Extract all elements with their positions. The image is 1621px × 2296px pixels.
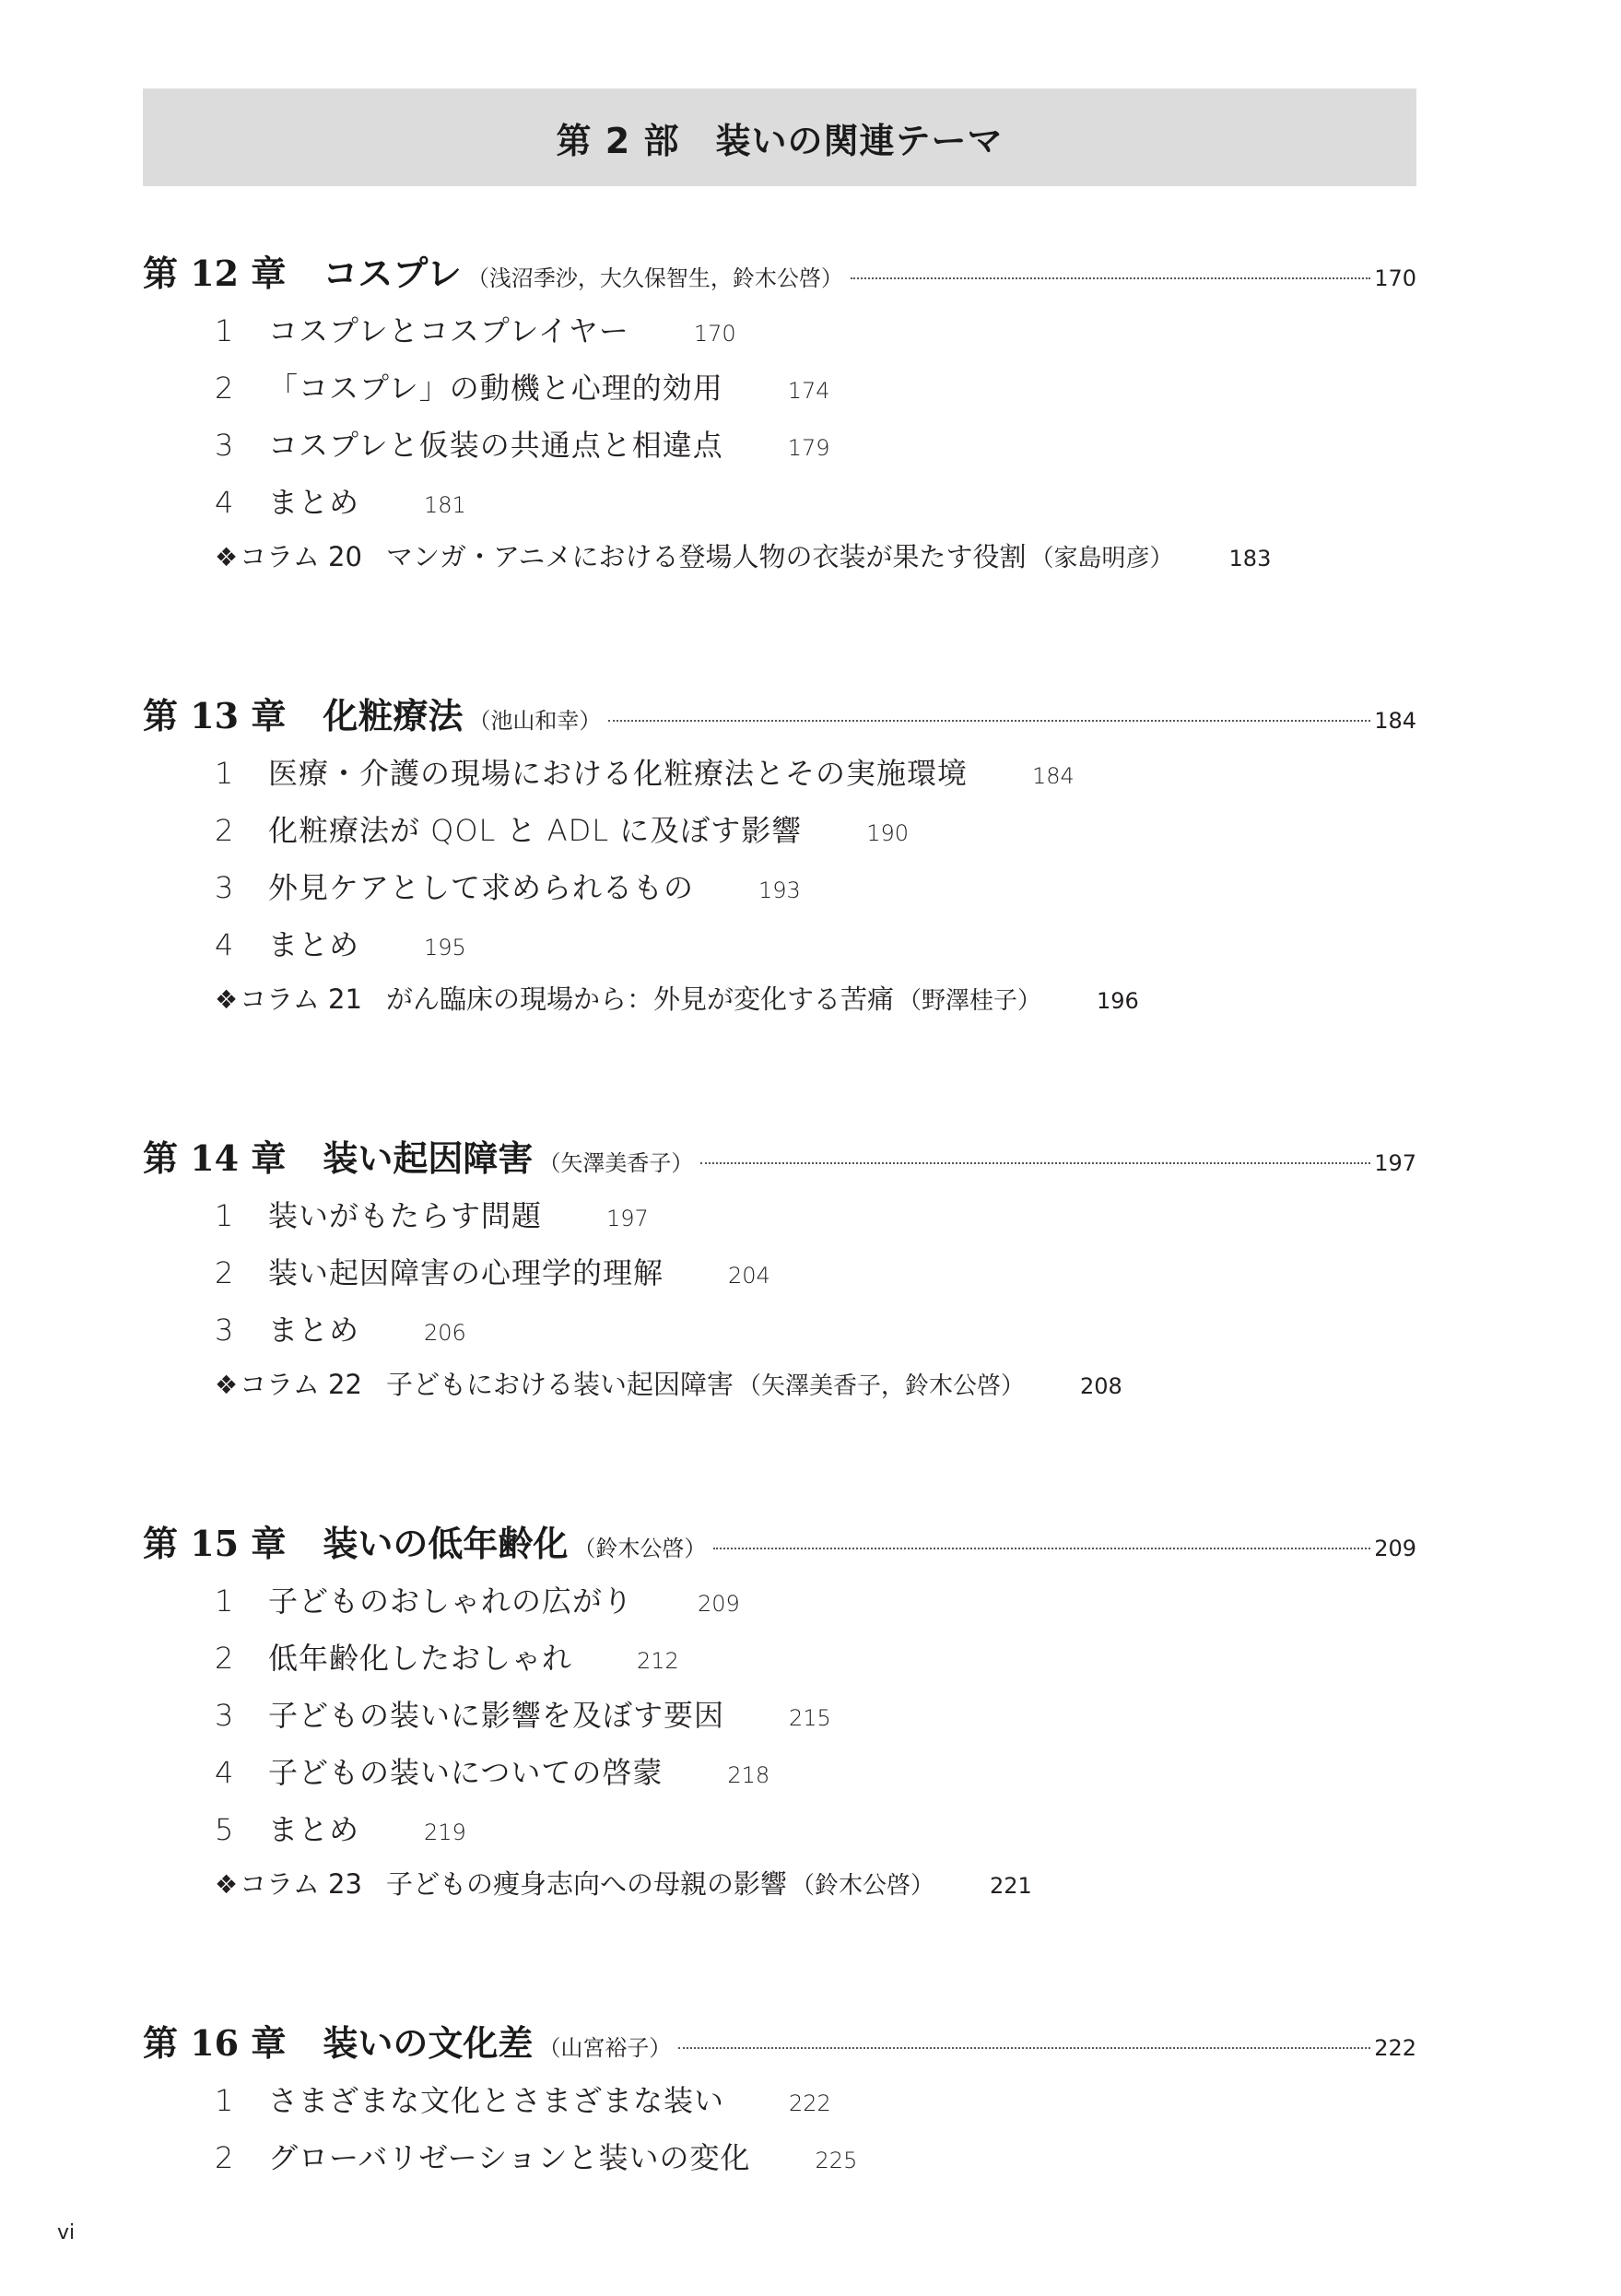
- column-item[interactable]: ❖ コラム 22 子どもにおける装い起因障害 （矢澤美香子，鈴木公啓） 208: [215, 1364, 1416, 1419]
- part-title: 第 2 部 装いの関連テーマ: [557, 112, 1004, 163]
- column-page: 208: [1080, 1373, 1122, 1399]
- section-number: 1: [215, 313, 268, 348]
- chapter-title: 装い起因障害: [323, 1130, 533, 1181]
- part-header: 第 2 部 装いの関連テーマ: [143, 88, 1416, 186]
- column-item[interactable]: ❖ コラム 23 子どもの痩身志向への母親の影響 （鈴木公啓） 221: [215, 1864, 1416, 1919]
- section-item[interactable]: 2 低年齢化したおしゃれ 212: [215, 1635, 1416, 1692]
- section-number: 2: [215, 1641, 268, 1676]
- column-label: コラム 22: [240, 1364, 362, 1402]
- section-item[interactable]: 1 医療・介護の現場における化粧療法とその実施環境 184: [215, 750, 1416, 807]
- dot-leader: [713, 1548, 1370, 1549]
- section-item[interactable]: 2 装い起因障害の心理学的理解 204: [215, 1250, 1416, 1307]
- column-page: 221: [990, 1873, 1032, 1899]
- section-item[interactable]: 3 外見ケアとして求められるもの 193: [215, 865, 1416, 922]
- section-page: 206: [424, 1320, 466, 1346]
- section-page: 170: [694, 321, 736, 347]
- section-page: 219: [424, 1819, 466, 1845]
- column-title: 子どもにおける装い起因障害: [386, 1364, 734, 1402]
- column-label: コラム 21: [240, 979, 362, 1017]
- chapter-16: 第 16 章 装いの文化差 （山宮裕子） 222 1 さまざまな文化とさまざまな…: [143, 2015, 1416, 2192]
- section-number: 1: [215, 756, 268, 791]
- section-list: 1 装いがもたらす問題 197 2 装い起因障害の心理学的理解 204 3 まと…: [143, 1193, 1416, 1419]
- section-item[interactable]: 3 コスプレと仮装の共通点と相違点 179: [215, 422, 1416, 479]
- section-title: 装いがもたらす問題: [268, 1193, 542, 1235]
- chapter-13: 第 13 章 化粧療法 （池山和幸） 184 1 医療・介護の現場における化粧療…: [143, 688, 1416, 1034]
- column-title: マンガ・アニメにおける登場人物の衣装が果たす役割: [386, 536, 1027, 574]
- section-number: 1: [215, 1584, 268, 1619]
- chapter-number: 第 12 章: [143, 245, 286, 296]
- section-title: コスプレとコスプレイヤー: [268, 308, 629, 350]
- section-page: 212: [637, 1648, 679, 1674]
- column-authors: （野澤桂子）: [898, 982, 1041, 1016]
- column-mark-icon: ❖: [215, 1869, 238, 1900]
- section-item[interactable]: 3 子どもの装いに影響を及ぼす要因 215: [215, 1692, 1416, 1749]
- chapter-heading[interactable]: 第 16 章 装いの文化差 （山宮裕子） 222: [143, 2015, 1416, 2070]
- section-number: 2: [215, 371, 268, 406]
- chapter-page: 222: [1374, 2035, 1416, 2061]
- chapter-number: 第 15 章: [143, 1515, 286, 1566]
- chapter-authors: （矢澤美香子）: [538, 1145, 693, 1177]
- chapter-authors: （池山和幸）: [468, 702, 601, 735]
- column-authors: （家島明彦）: [1030, 539, 1174, 573]
- section-page: 190: [866, 820, 909, 846]
- column-item[interactable]: ❖ コラム 20 マンガ・アニメにおける登場人物の衣装が果たす役割 （家島明彦）…: [215, 536, 1416, 592]
- section-list: 1 医療・介護の現場における化粧療法とその実施環境 184 2 化粧療法が QO…: [143, 750, 1416, 1034]
- column-authors: （矢澤美香子，鈴木公啓）: [737, 1367, 1025, 1401]
- page-number: vi: [57, 2221, 75, 2244]
- chapter-page: 209: [1374, 1536, 1416, 1561]
- chapter-number: 第 14 章: [143, 1130, 286, 1181]
- section-page: 197: [606, 1206, 649, 1231]
- dot-leader: [608, 720, 1370, 722]
- section-title: 低年齢化したおしゃれ: [268, 1635, 572, 1678]
- column-page: 183: [1229, 546, 1272, 571]
- section-number: 4: [215, 927, 268, 962]
- section-title: さまざまな文化とさまざまな装い: [268, 2078, 724, 2120]
- column-title: がん臨床の現場から：外見が変化する苦痛: [386, 979, 894, 1017]
- section-title: 子どもの装いについての啓蒙: [268, 1749, 663, 1792]
- chapter-12: 第 12 章 コスプレ （浅沼季沙，大久保智生，鈴木公啓） 170 1 コスプレ…: [143, 245, 1416, 592]
- section-list: 1 さまざまな文化とさまざまな装い 222 2 グローバリゼーションと装いの変化…: [143, 2078, 1416, 2192]
- column-label: コラム 23: [240, 1864, 362, 1902]
- section-number: 2: [215, 1255, 268, 1290]
- section-item[interactable]: 2 「コスプレ」の動機と心理的効用 174: [215, 365, 1416, 422]
- section-title: 「コスプレ」の動機と心理的効用: [268, 365, 723, 407]
- section-item[interactable]: 4 まとめ 195: [215, 922, 1416, 979]
- chapter-heading[interactable]: 第 13 章 化粧療法 （池山和幸） 184: [143, 688, 1416, 743]
- chapter-page: 170: [1374, 265, 1416, 291]
- dot-leader: [678, 2047, 1370, 2049]
- chapter-heading[interactable]: 第 15 章 装いの低年齢化 （鈴木公啓） 209: [143, 1515, 1416, 1571]
- chapter-heading[interactable]: 第 12 章 コスプレ （浅沼季沙，大久保智生，鈴木公啓） 170: [143, 245, 1416, 300]
- section-item[interactable]: 4 子どもの装いについての啓蒙 218: [215, 1749, 1416, 1807]
- section-list: 1 コスプレとコスプレイヤー 170 2 「コスプレ」の動機と心理的効用 174…: [143, 308, 1416, 592]
- section-number: 5: [215, 1812, 268, 1847]
- column-label: コラム 20: [240, 536, 362, 574]
- section-number: 4: [215, 485, 268, 520]
- section-number: 2: [215, 2140, 268, 2175]
- chapter-number: 第 16 章: [143, 2015, 286, 2066]
- section-title: 子どもの装いに影響を及ぼす要因: [268, 1692, 724, 1735]
- section-number: 3: [215, 1698, 268, 1733]
- section-item[interactable]: 4 まとめ 181: [215, 479, 1416, 536]
- section-page: 215: [789, 1705, 831, 1731]
- section-title: まとめ: [268, 1807, 359, 1849]
- chapter-title: 化粧療法: [323, 688, 463, 738]
- section-page: 193: [758, 877, 801, 903]
- section-number: 4: [215, 1755, 268, 1790]
- section-page: 218: [727, 1762, 769, 1788]
- chapter-15: 第 15 章 装いの低年齢化 （鈴木公啓） 209 1 子どものおしゃれの広がり…: [143, 1515, 1416, 1919]
- column-authors: （鈴木公啓）: [791, 1866, 934, 1901]
- chapter-authors: （山宮裕子）: [538, 2030, 671, 2062]
- chapter-page: 197: [1374, 1150, 1416, 1176]
- section-number: 3: [215, 1313, 268, 1348]
- section-title: グローバリゼーションと装いの変化: [268, 2135, 751, 2177]
- section-page: 174: [788, 378, 830, 404]
- section-title: 子どものおしゃれの広がり: [268, 1578, 633, 1620]
- chapter-title: 装いの低年齢化: [323, 1515, 568, 1566]
- section-page: 222: [789, 2090, 831, 2116]
- section-title: まとめ: [268, 922, 359, 964]
- section-title: 外見ケアとして求められるもの: [268, 865, 694, 907]
- section-item[interactable]: 5 まとめ 219: [215, 1807, 1416, 1864]
- section-item[interactable]: 1 さまざまな文化とさまざまな装い 222: [215, 2078, 1416, 2135]
- chapter-14: 第 14 章 装い起因障害 （矢澤美香子） 197 1 装いがもたらす問題 19…: [143, 1130, 1416, 1419]
- section-title: 医療・介護の現場における化粧療法とその実施環境: [268, 750, 968, 793]
- chapter-authors: （鈴木公啓）: [573, 1530, 706, 1562]
- column-mark-icon: ❖: [215, 984, 238, 1015]
- column-mark-icon: ❖: [215, 542, 238, 572]
- section-number: 3: [215, 870, 268, 905]
- section-item[interactable]: 1 子どものおしゃれの広がり 209: [215, 1578, 1416, 1635]
- column-title: 子どもの痩身志向への母親の影響: [386, 1864, 787, 1902]
- section-number: 3: [215, 428, 268, 463]
- section-page: 195: [424, 935, 466, 960]
- section-page: 204: [728, 1263, 770, 1289]
- section-item[interactable]: 1 コスプレとコスプレイヤー 170: [215, 308, 1416, 365]
- dot-leader: [851, 277, 1370, 279]
- section-page: 225: [816, 2148, 858, 2173]
- section-page: 181: [424, 492, 466, 518]
- chapter-authors: （浅沼季沙，大久保智生，鈴木公啓）: [467, 260, 843, 292]
- dot-leader: [700, 1162, 1370, 1164]
- column-item[interactable]: ❖ コラム 21 がん臨床の現場から：外見が変化する苦痛 （野澤桂子） 196: [215, 979, 1416, 1034]
- chapter-heading[interactable]: 第 14 章 装い起因障害 （矢澤美香子） 197: [143, 1130, 1416, 1185]
- chapter-title: 装いの文化差: [323, 2015, 533, 2066]
- section-page: 209: [698, 1591, 740, 1617]
- section-item[interactable]: 1 装いがもたらす問題 197: [215, 1193, 1416, 1250]
- section-item[interactable]: 2 化粧療法が QOL と ADL に及ぼす影響 190: [215, 807, 1416, 865]
- section-list: 1 子どものおしゃれの広がり 209 2 低年齢化したおしゃれ 212 3 子ど…: [143, 1578, 1416, 1919]
- chapter-number: 第 13 章: [143, 688, 286, 738]
- section-title: コスプレと仮装の共通点と相違点: [268, 422, 723, 465]
- chapter-title: コスプレ: [323, 245, 461, 296]
- section-number: 1: [215, 1198, 268, 1233]
- section-title: まとめ: [268, 479, 359, 522]
- column-mark-icon: ❖: [215, 1370, 238, 1400]
- section-title: 装い起因障害の心理学的理解: [268, 1250, 664, 1292]
- section-number: 1: [215, 2083, 268, 2118]
- section-item[interactable]: 3 まとめ 206: [215, 1307, 1416, 1364]
- column-page: 196: [1097, 988, 1139, 1014]
- section-item[interactable]: 2 グローバリゼーションと装いの変化 225: [215, 2135, 1416, 2192]
- chapter-page: 184: [1374, 708, 1416, 734]
- section-number: 2: [215, 813, 268, 848]
- section-page: 184: [1032, 763, 1075, 789]
- section-title: まとめ: [268, 1307, 359, 1349]
- section-title: 化粧療法が QOL と ADL に及ぼす影響: [268, 807, 802, 850]
- section-page: 179: [788, 435, 830, 461]
